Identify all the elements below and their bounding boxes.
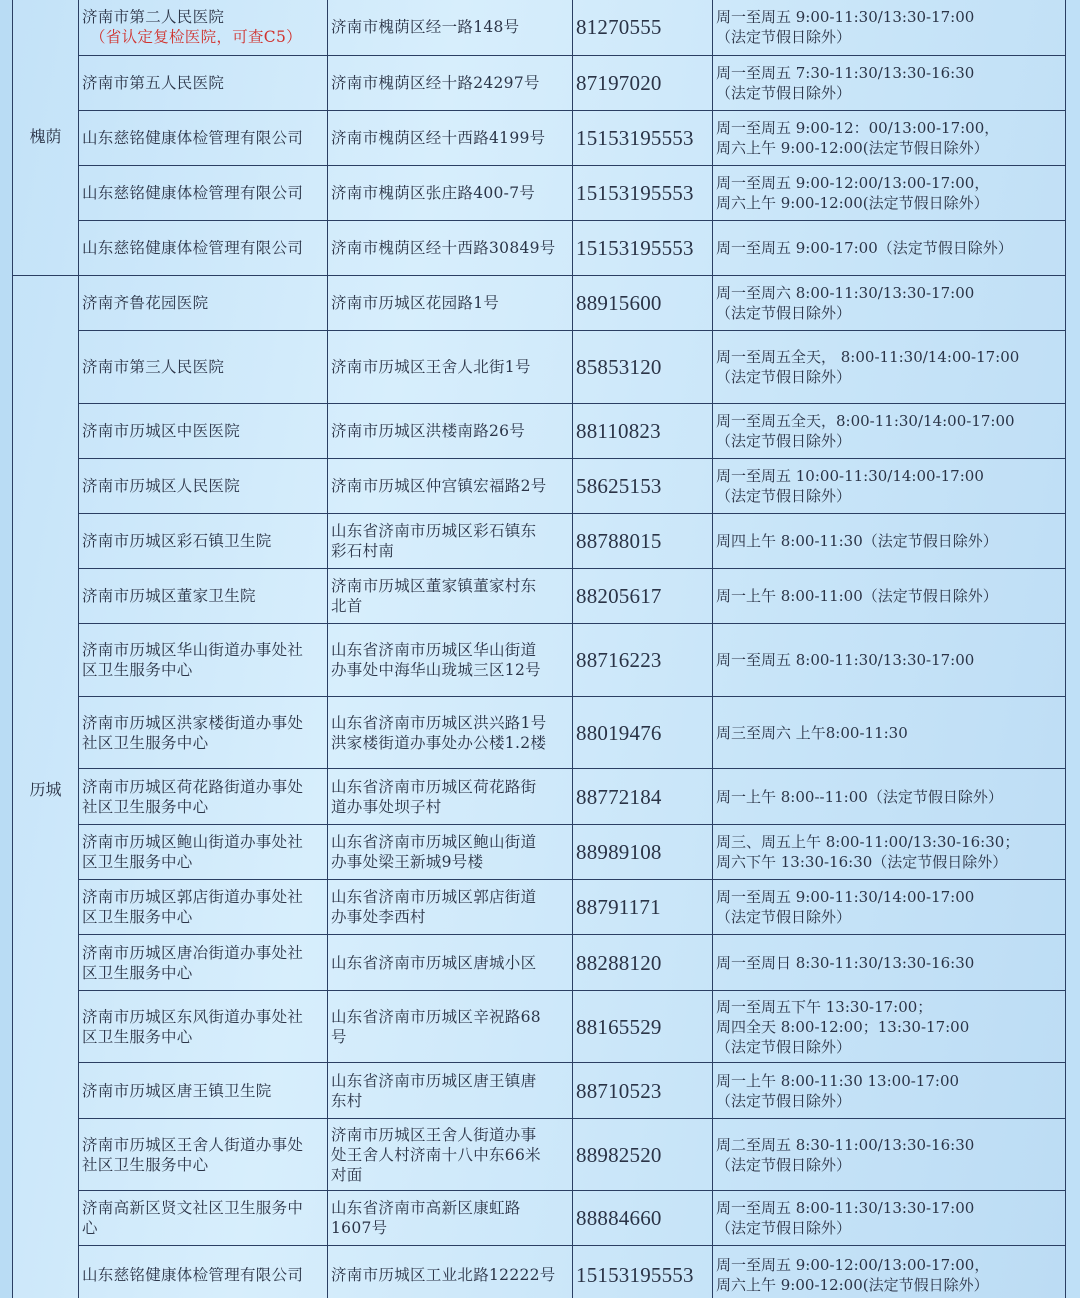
text-line: 济南齐鲁花园医院	[82, 293, 324, 313]
phone-cell: 15153195553	[573, 111, 713, 166]
institution-name-cell: 济南市历城区人民医院	[79, 459, 328, 514]
phone-cell: 88110823	[573, 404, 713, 459]
institution-name-cell: 济南市历城区华山街道办事处社区卫生服务中心	[79, 624, 328, 697]
text-line: 周一至周五全天， 8:00-11:30/14:00-17:00	[716, 347, 1062, 367]
text-line: 周一至周日 8:30-11:30/13:30-16:30	[716, 953, 1062, 973]
text-line: 山东省济南市高新区康虹路	[331, 1198, 569, 1218]
table-row: 济南市历城区人民医院济南市历城区仲宫镇宏福路2号58625153周一至周五 10…	[13, 459, 1066, 514]
phone-cell: 88915600	[573, 276, 713, 331]
text-line: 济南市历城区彩石镇卫生院	[82, 531, 324, 551]
text-line: 山东省济南市历城区唐王镇唐	[331, 1071, 569, 1091]
table-row: 山东慈铭健康体检管理有限公司济南市槐荫区经十西路4199号15153195553…	[13, 111, 1066, 166]
text-line: 济南市历城区王舍人北街1号	[331, 357, 569, 377]
hours-cell: 周三至周六 上午8:00-11:30	[713, 697, 1066, 769]
text-line: 山东慈铭健康体检管理有限公司	[82, 128, 324, 148]
institution-name-cell: 济南高新区贤文社区卫生服务中心	[79, 1191, 328, 1246]
table-row: 济南市历城区东风街道办事处社区卫生服务中心山东省济南市历城区辛祝路68号8816…	[13, 991, 1066, 1063]
text-line: 周四全天 8:00-12:00；13:30-17:00	[716, 1017, 1062, 1037]
phone-cell: 88716223	[573, 624, 713, 697]
text-line: 周六下午 13:30-16:30（法定节假日除外）	[716, 852, 1062, 872]
institution-name-cell: 济南市第五人民医院	[79, 56, 328, 111]
text-line: 北首	[331, 596, 569, 616]
phone-cell: 88989108	[573, 825, 713, 880]
text-line: 济南市历城区洪家楼街道办事处	[82, 713, 324, 733]
hours-cell: 周一至周五 10:00-11:30/14:00-17:00（法定节假日除外）	[713, 459, 1066, 514]
text-line: 济南市历城区董家卫生院	[82, 586, 324, 606]
hours-cell: 周一至周五 7:30-11:30/13:30-16:30（法定节假日除外）	[713, 56, 1066, 111]
address-cell: 山东省济南市历城区华山街道办事处中海华山珑城三区12号	[328, 624, 573, 697]
address-cell: 济南市槐荫区经十西路4199号	[328, 111, 573, 166]
hours-cell: 周三、周五上午 8:00-11:00/13:30-16:30；周六下午 13:3…	[713, 825, 1066, 880]
table-row: 济南市历城区唐冶街道办事处社区卫生服务中心山东省济南市历城区唐城小区882881…	[13, 935, 1066, 991]
text-line: 周一至周五 7:30-11:30/13:30-16:30	[716, 63, 1062, 83]
text-line: 周四上午 8:00-11:30（法定节假日除外）	[716, 531, 1062, 551]
text-line: 周三至周六 上午8:00-11:30	[716, 723, 1062, 743]
text-line: 济南市槐荫区经一路148号	[331, 17, 569, 37]
text-line: 山东省济南市历城区洪兴路1号	[331, 713, 569, 733]
phone-cell: 88205617	[573, 569, 713, 624]
hours-cell: 周一至周五 9:00-11:30/13:30-17:00（法定节假日除外）	[713, 0, 1066, 56]
text-line: 山东省济南市历城区荷花路街	[331, 777, 569, 797]
text-line: 周一至周五 9:00-11:30/13:30-17:00	[716, 7, 1062, 27]
phone-cell: 88982520	[573, 1119, 713, 1191]
address-cell: 济南市槐荫区张庄路400-7号	[328, 166, 573, 221]
hours-cell: 周二至周五 8:30-11:00/13:30-16:30（法定节假日除外）	[713, 1119, 1066, 1191]
hours-cell: 周一至周五全天，8:00-11:30/14:00-17:00（法定节假日除外）	[713, 404, 1066, 459]
text-line: 周一至周五 9:00-11:30/14:00-17:00	[716, 887, 1062, 907]
hours-cell: 周一至周六 8:00-11:30/13:30-17:00（法定节假日除外）	[713, 276, 1066, 331]
hours-cell: 周一至周五 9:00-12:00/13:00-17:00，周六上午 9:00-1…	[713, 166, 1066, 221]
address-cell: 济南市历城区王舍人街道办事处王舍人村济南十八中东66米对面	[328, 1119, 573, 1191]
text-line: 济南市槐荫区经十西路30849号	[331, 238, 569, 258]
text-line: 山东省济南市历城区郭店街道	[331, 887, 569, 907]
text-line: （法定节假日除外）	[716, 1155, 1062, 1175]
table-row: 济南市第三人民医院济南市历城区王舍人北街1号85853120周一至周五全天， 8…	[13, 331, 1066, 404]
text-line: 济南市历城区人民医院	[82, 476, 324, 496]
table-row: 槐荫济南市第二人民医院（省认定复检医院，可查C5）济南市槐荫区经一路148号81…	[13, 0, 1066, 56]
hours-cell: 周四上午 8:00-11:30（法定节假日除外）	[713, 514, 1066, 569]
text-line: 办事处中海华山珑城三区12号	[331, 660, 569, 680]
text-line: 济南市历城区仲宫镇宏福路2号	[331, 476, 569, 496]
text-line: 山东慈铭健康体检管理有限公司	[82, 1265, 324, 1285]
table-row: 济南市历城区王舍人街道办事处社区卫生服务中心济南市历城区王舍人街道办事处王舍人村…	[13, 1119, 1066, 1191]
text-line: 济南市历城区郭店街道办事处社	[82, 887, 324, 907]
text-line: 办事处梁王新城9号楼	[331, 852, 569, 872]
table-row: 济南市历城区荷花路街道办事处社区卫生服务中心山东省济南市历城区荷花路街道办事处坝…	[13, 769, 1066, 825]
phone-cell: 88019476	[573, 697, 713, 769]
text-line: 区卫生服务中心	[82, 907, 324, 927]
institution-name-cell: 济南市历城区鲍山街道办事处社区卫生服务中心	[79, 825, 328, 880]
phone-cell: 15153195553	[573, 1246, 713, 1298]
institution-name-cell: 济南市历城区东风街道办事处社区卫生服务中心	[79, 991, 328, 1063]
address-cell: 济南市历城区仲宫镇宏福路2号	[328, 459, 573, 514]
phone-cell: 88710523	[573, 1063, 713, 1119]
table-row: 济南市历城区彩石镇卫生院山东省济南市历城区彩石镇东彩石村南88788015周四上…	[13, 514, 1066, 569]
text-line: 周六上午 9:00-12:00(法定节假日除外）	[716, 1275, 1062, 1295]
text-line: 区卫生服务中心	[82, 963, 324, 983]
text-line: 周一至周五下午 13:30-17:00；	[716, 997, 1062, 1017]
text-line: 济南市历城区中医医院	[82, 421, 324, 441]
text-line: 周一至周五全天，8:00-11:30/14:00-17:00	[716, 411, 1062, 431]
institution-name-cell: 山东慈铭健康体检管理有限公司	[79, 221, 328, 276]
hours-cell: 周一上午 8:00-11:30 13:00-17:00（法定节假日除外）	[713, 1063, 1066, 1119]
address-cell: 山东省济南市高新区康虹路1607号	[328, 1191, 573, 1246]
text-line: 彩石村南	[331, 541, 569, 561]
text-line: 济南市第五人民医院	[82, 73, 324, 93]
text-line: 济南市槐荫区张庄路400-7号	[331, 183, 569, 203]
text-line: 周一至周五 9:00-17:00（法定节假日除外）	[716, 238, 1062, 258]
text-line: 区卫生服务中心	[82, 1027, 324, 1047]
phone-cell: 15153195553	[573, 221, 713, 276]
table-row: 山东慈铭健康体检管理有限公司济南市历城区工业北路12222号1515319555…	[13, 1246, 1066, 1298]
district-cell: 槐荫	[13, 0, 79, 276]
text-line: （法定节假日除外）	[716, 83, 1062, 103]
address-cell: 山东省济南市历城区鲍山街道办事处梁王新城9号楼	[328, 825, 573, 880]
text-line: 济南市历城区王舍人街道办事	[331, 1125, 569, 1145]
phone-cell: 87197020	[573, 56, 713, 111]
text-line: 济南市历城区洪楼南路26号	[331, 421, 569, 441]
text-line: 周一上午 8:00-11:30 13:00-17:00	[716, 1071, 1062, 1091]
address-cell: 济南市历城区董家镇董家村东北首	[328, 569, 573, 624]
hours-cell: 周一上午 8:00-11:00（法定节假日除外）	[713, 569, 1066, 624]
text-line: 周一至周五 8:00-11:30/13:30-17:00	[716, 1198, 1062, 1218]
institution-name-cell: 济南市历城区郭店街道办事处社区卫生服务中心	[79, 880, 328, 935]
text-line: 1607号	[331, 1218, 569, 1238]
text-line: 济南市历城区荷花路街道办事处	[82, 777, 324, 797]
text-line: 周三、周五上午 8:00-11:00/13:30-16:30；	[716, 832, 1062, 852]
address-cell: 山东省济南市历城区郭店街道办事处李西村	[328, 880, 573, 935]
text-line: 周一至周五 10:00-11:30/14:00-17:00	[716, 466, 1062, 486]
district-cell: 历城	[13, 276, 79, 1298]
clinic-table-container: 槐荫济南市第二人民医院（省认定复检医院，可查C5）济南市槐荫区经一路148号81…	[12, 0, 1065, 1298]
text-line: 济南市第二人民医院	[82, 7, 324, 27]
institution-name-cell: 济南市历城区洪家楼街道办事处社区卫生服务中心	[79, 697, 328, 769]
institution-name-cell: 济南市历城区彩石镇卫生院	[79, 514, 328, 569]
address-cell: 济南市槐荫区经十西路30849号	[328, 221, 573, 276]
text-line: 济南市第三人民医院	[82, 357, 324, 377]
table-row: 济南市历城区洪家楼街道办事处社区卫生服务中心山东省济南市历城区洪兴路1号洪家楼街…	[13, 697, 1066, 769]
text-line: （法定节假日除外）	[716, 303, 1062, 323]
table-row: 济南市历城区鲍山街道办事处社区卫生服务中心山东省济南市历城区鲍山街道办事处梁王新…	[13, 825, 1066, 880]
text-line: 周二至周五 8:30-11:00/13:30-16:30	[716, 1135, 1062, 1155]
institution-name-cell: 济南市历城区唐冶街道办事处社区卫生服务中心	[79, 935, 328, 991]
hours-cell: 周一至周五 9:00-17:00（法定节假日除外）	[713, 221, 1066, 276]
text-line: 济南市历城区唐王镇卫生院	[82, 1081, 324, 1101]
text-line: 山东省济南市历城区华山街道	[331, 640, 569, 660]
table-row: 山东慈铭健康体检管理有限公司济南市槐荫区张庄路400-7号15153195553…	[13, 166, 1066, 221]
text-line: 济南市槐荫区经十路24297号	[331, 73, 569, 93]
table-row: 济南高新区贤文社区卫生服务中心山东省济南市高新区康虹路1607号88884660…	[13, 1191, 1066, 1246]
address-cell: 济南市历城区花园路1号	[328, 276, 573, 331]
text-line: 道办事处坝子村	[331, 797, 569, 817]
text-line: （法定节假日除外）	[716, 1091, 1062, 1111]
text-line: 济南市历城区华山街道办事处社	[82, 640, 324, 660]
table-row: 历城济南齐鲁花园医院济南市历城区花园路1号88915600周一至周六 8:00-…	[13, 276, 1066, 331]
address-cell: 山东省济南市历城区唐王镇唐东村	[328, 1063, 573, 1119]
table-row: 山东慈铭健康体检管理有限公司济南市槐荫区经十西路30849号1515319555…	[13, 221, 1066, 276]
institution-name-cell: 济南齐鲁花园医院	[79, 276, 328, 331]
text-line: 周一至周五 9:00-12：00/13:00-17:00，	[716, 118, 1062, 138]
text-line: （法定节假日除外）	[716, 1037, 1062, 1057]
text-line: 周六上午 9:00-12:00(法定节假日除外）	[716, 138, 1062, 158]
phone-cell: 88884660	[573, 1191, 713, 1246]
hours-cell: 周一至周五 8:00-11:30/13:30-17:00	[713, 624, 1066, 697]
institution-name-cell: 济南市第三人民医院	[79, 331, 328, 404]
hours-cell: 周一至周五下午 13:30-17:00；周四全天 8:00-12:00；13:3…	[713, 991, 1066, 1063]
text-line: 济南市历城区唐冶街道办事处社	[82, 943, 324, 963]
address-cell: 济南市槐荫区经一路148号	[328, 0, 573, 56]
hours-cell: 周一至周五 9:00-12：00/13:00-17:00，周六上午 9:00-1…	[713, 111, 1066, 166]
text-line: 山东慈铭健康体检管理有限公司	[82, 238, 324, 258]
text-line: 号	[331, 1027, 569, 1047]
phone-cell: 15153195553	[573, 166, 713, 221]
text-line: 周一至周六 8:00-11:30/13:30-17:00	[716, 283, 1062, 303]
phone-cell: 88288120	[573, 935, 713, 991]
text-line: 济南市历城区工业北路12222号	[331, 1265, 569, 1285]
text-line: 周一上午 8:00--11:00（法定节假日除外）	[716, 787, 1062, 807]
text-line: 社区卫生服务中心	[82, 797, 324, 817]
text-line: 区卫生服务中心	[82, 852, 324, 872]
text-line: 山东省济南市历城区鲍山街道	[331, 832, 569, 852]
text-line: 山东省济南市历城区辛祝路68	[331, 1007, 569, 1027]
text-line: 周一上午 8:00-11:00（法定节假日除外）	[716, 586, 1062, 606]
phone-cell: 58625153	[573, 459, 713, 514]
table-row: 济南市历城区郭店街道办事处社区卫生服务中心山东省济南市历城区郭店街道办事处李西村…	[13, 880, 1066, 935]
text-line: 济南市历城区王舍人街道办事处	[82, 1135, 324, 1155]
hours-cell: 周一至周日 8:30-11:30/13:30-16:30	[713, 935, 1066, 991]
text-line: 济南市槐荫区经十西路4199号	[331, 128, 569, 148]
table-row: 济南市历城区唐王镇卫生院山东省济南市历城区唐王镇唐东村88710523周一上午 …	[13, 1063, 1066, 1119]
phone-cell: 88772184	[573, 769, 713, 825]
text-line: （法定节假日除外）	[716, 486, 1062, 506]
address-cell: 山东省济南市历城区洪兴路1号洪家楼街道办事处办公楼1.2楼	[328, 697, 573, 769]
text-line: 办事处李西村	[331, 907, 569, 927]
address-cell: 山东省济南市历城区彩石镇东彩石村南	[328, 514, 573, 569]
table-body: 槐荫济南市第二人民医院（省认定复检医院，可查C5）济南市槐荫区经一路148号81…	[13, 0, 1066, 1298]
text-line: 处王舍人村济南十八中东66米	[331, 1145, 569, 1165]
institution-name-cell: 济南市历城区唐王镇卫生院	[79, 1063, 328, 1119]
text-line: 对面	[331, 1165, 569, 1185]
text-line: 济南高新区贤文社区卫生服务中	[82, 1198, 324, 1218]
address-cell: 济南市槐荫区经十路24297号	[328, 56, 573, 111]
testing-sites-table: 槐荫济南市第二人民医院（省认定复检医院，可查C5）济南市槐荫区经一路148号81…	[12, 0, 1066, 1298]
institution-name-cell: 济南市历城区王舍人街道办事处社区卫生服务中心	[79, 1119, 328, 1191]
address-cell: 山东省济南市历城区唐城小区	[328, 935, 573, 991]
text-line: （法定节假日除外）	[716, 367, 1062, 387]
hours-cell: 周一至周五全天， 8:00-11:30/14:00-17:00（法定节假日除外）	[713, 331, 1066, 404]
hours-cell: 周一上午 8:00--11:00（法定节假日除外）	[713, 769, 1066, 825]
text-line: 山东省济南市历城区唐城小区	[331, 953, 569, 973]
text-line: 东村	[331, 1091, 569, 1111]
hours-cell: 周一至周五 8:00-11:30/13:30-17:00（法定节假日除外）	[713, 1191, 1066, 1246]
text-line: 周一至周五 9:00-12:00/13:00-17:00，	[716, 173, 1062, 193]
table-row: 济南市历城区董家卫生院济南市历城区董家镇董家村东北首88205617周一上午 8…	[13, 569, 1066, 624]
text-line: 济南市历城区鲍山街道办事处社	[82, 832, 324, 852]
address-cell: 济南市历城区工业北路12222号	[328, 1246, 573, 1298]
institution-name-cell: 山东慈铭健康体检管理有限公司	[79, 111, 328, 166]
text-line: 心	[82, 1218, 324, 1238]
institution-name-cell: 山东慈铭健康体检管理有限公司	[79, 166, 328, 221]
retest-note: （省认定复检医院，可查C5）	[82, 27, 324, 47]
text-line: （法定节假日除外）	[716, 1218, 1062, 1238]
text-line: 周一至周五 9:00-12:00/13:00-17:00，	[716, 1255, 1062, 1275]
address-cell: 济南市历城区王舍人北街1号	[328, 331, 573, 404]
text-line: 社区卫生服务中心	[82, 733, 324, 753]
institution-name-cell: 济南市第二人民医院（省认定复检医院，可查C5）	[79, 0, 328, 56]
text-line: 洪家楼街道办事处办公楼1.2楼	[331, 733, 569, 753]
institution-name-cell: 济南市历城区董家卫生院	[79, 569, 328, 624]
phone-cell: 88788015	[573, 514, 713, 569]
address-cell: 济南市历城区洪楼南路26号	[328, 404, 573, 459]
hours-cell: 周一至周五 9:00-12:00/13:00-17:00，周六上午 9:00-1…	[713, 1246, 1066, 1298]
table-row: 济南市历城区华山街道办事处社区卫生服务中心山东省济南市历城区华山街道办事处中海华…	[13, 624, 1066, 697]
phone-cell: 88791171	[573, 880, 713, 935]
institution-name-cell: 济南市历城区中医医院	[79, 404, 328, 459]
table-row: 济南市第五人民医院济南市槐荫区经十路24297号87197020周一至周五 7:…	[13, 56, 1066, 111]
institution-name-cell: 济南市历城区荷花路街道办事处社区卫生服务中心	[79, 769, 328, 825]
text-line: 济南市历城区花园路1号	[331, 293, 569, 313]
table-row: 济南市历城区中医医院济南市历城区洪楼南路26号88110823周一至周五全天，8…	[13, 404, 1066, 459]
address-cell: 山东省济南市历城区荷花路街道办事处坝子村	[328, 769, 573, 825]
text-line: 济南市历城区董家镇董家村东	[331, 576, 569, 596]
text-line: 周六上午 9:00-12:00(法定节假日除外）	[716, 193, 1062, 213]
phone-cell: 85853120	[573, 331, 713, 404]
phone-cell: 81270555	[573, 0, 713, 56]
text-line: 区卫生服务中心	[82, 660, 324, 680]
text-line: （法定节假日除外）	[716, 431, 1062, 451]
text-line: 社区卫生服务中心	[82, 1155, 324, 1175]
text-line: 济南市历城区东风街道办事处社	[82, 1007, 324, 1027]
text-line: 山东省济南市历城区彩石镇东	[331, 521, 569, 541]
text-line: （法定节假日除外）	[716, 907, 1062, 927]
address-cell: 山东省济南市历城区辛祝路68号	[328, 991, 573, 1063]
text-line: 周一至周五 8:00-11:30/13:30-17:00	[716, 650, 1062, 670]
phone-cell: 88165529	[573, 991, 713, 1063]
hours-cell: 周一至周五 9:00-11:30/14:00-17:00（法定节假日除外）	[713, 880, 1066, 935]
text-line: 山东慈铭健康体检管理有限公司	[82, 183, 324, 203]
institution-name-cell: 山东慈铭健康体检管理有限公司	[79, 1246, 328, 1298]
text-line: （法定节假日除外）	[716, 27, 1062, 47]
